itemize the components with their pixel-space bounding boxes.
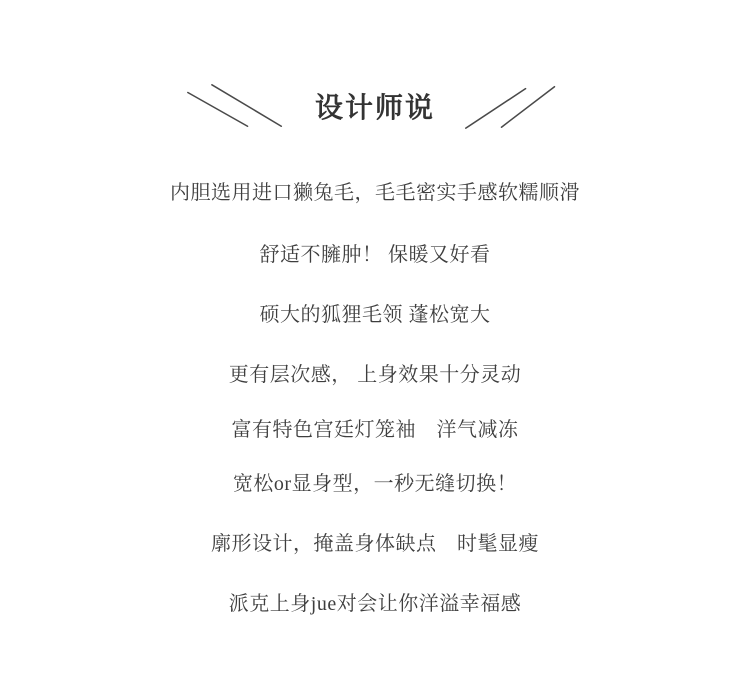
description-line: 更有层次感， 上身效果十分灵动 (0, 365, 750, 385)
double-slash-right-icon (461, 81, 567, 131)
description-line: 廓形设计，掩盖身体缺点 时髦显瘦 (0, 534, 750, 554)
double-slash-left-icon (183, 81, 289, 131)
description-line: 舒适不臃肿！ 保暖又好看 (0, 245, 750, 265)
description-line: 派克上身jue对会让你洋溢幸福感 (0, 594, 750, 614)
description-line: 硕大的狐狸毛领 蓬松宽大 (0, 305, 750, 325)
designer-notes-section: 设计师说 内胆选用进口獭兔毛，毛毛密实手感软糯顺滑 舒适不臃肿！ 保暖又好看 硕… (0, 0, 750, 675)
description-line: 宽松or显身型，一秒无缝切换！ (0, 474, 750, 494)
description-line: 内胆选用进口獭兔毛，毛毛密实手感软糯顺滑 (0, 183, 750, 203)
description-line: 富有特色宫廷灯笼袖 洋气减冻 (0, 420, 750, 440)
section-title: 设计师说 (315, 86, 435, 126)
section-header: 设计师说 (0, 78, 750, 134)
